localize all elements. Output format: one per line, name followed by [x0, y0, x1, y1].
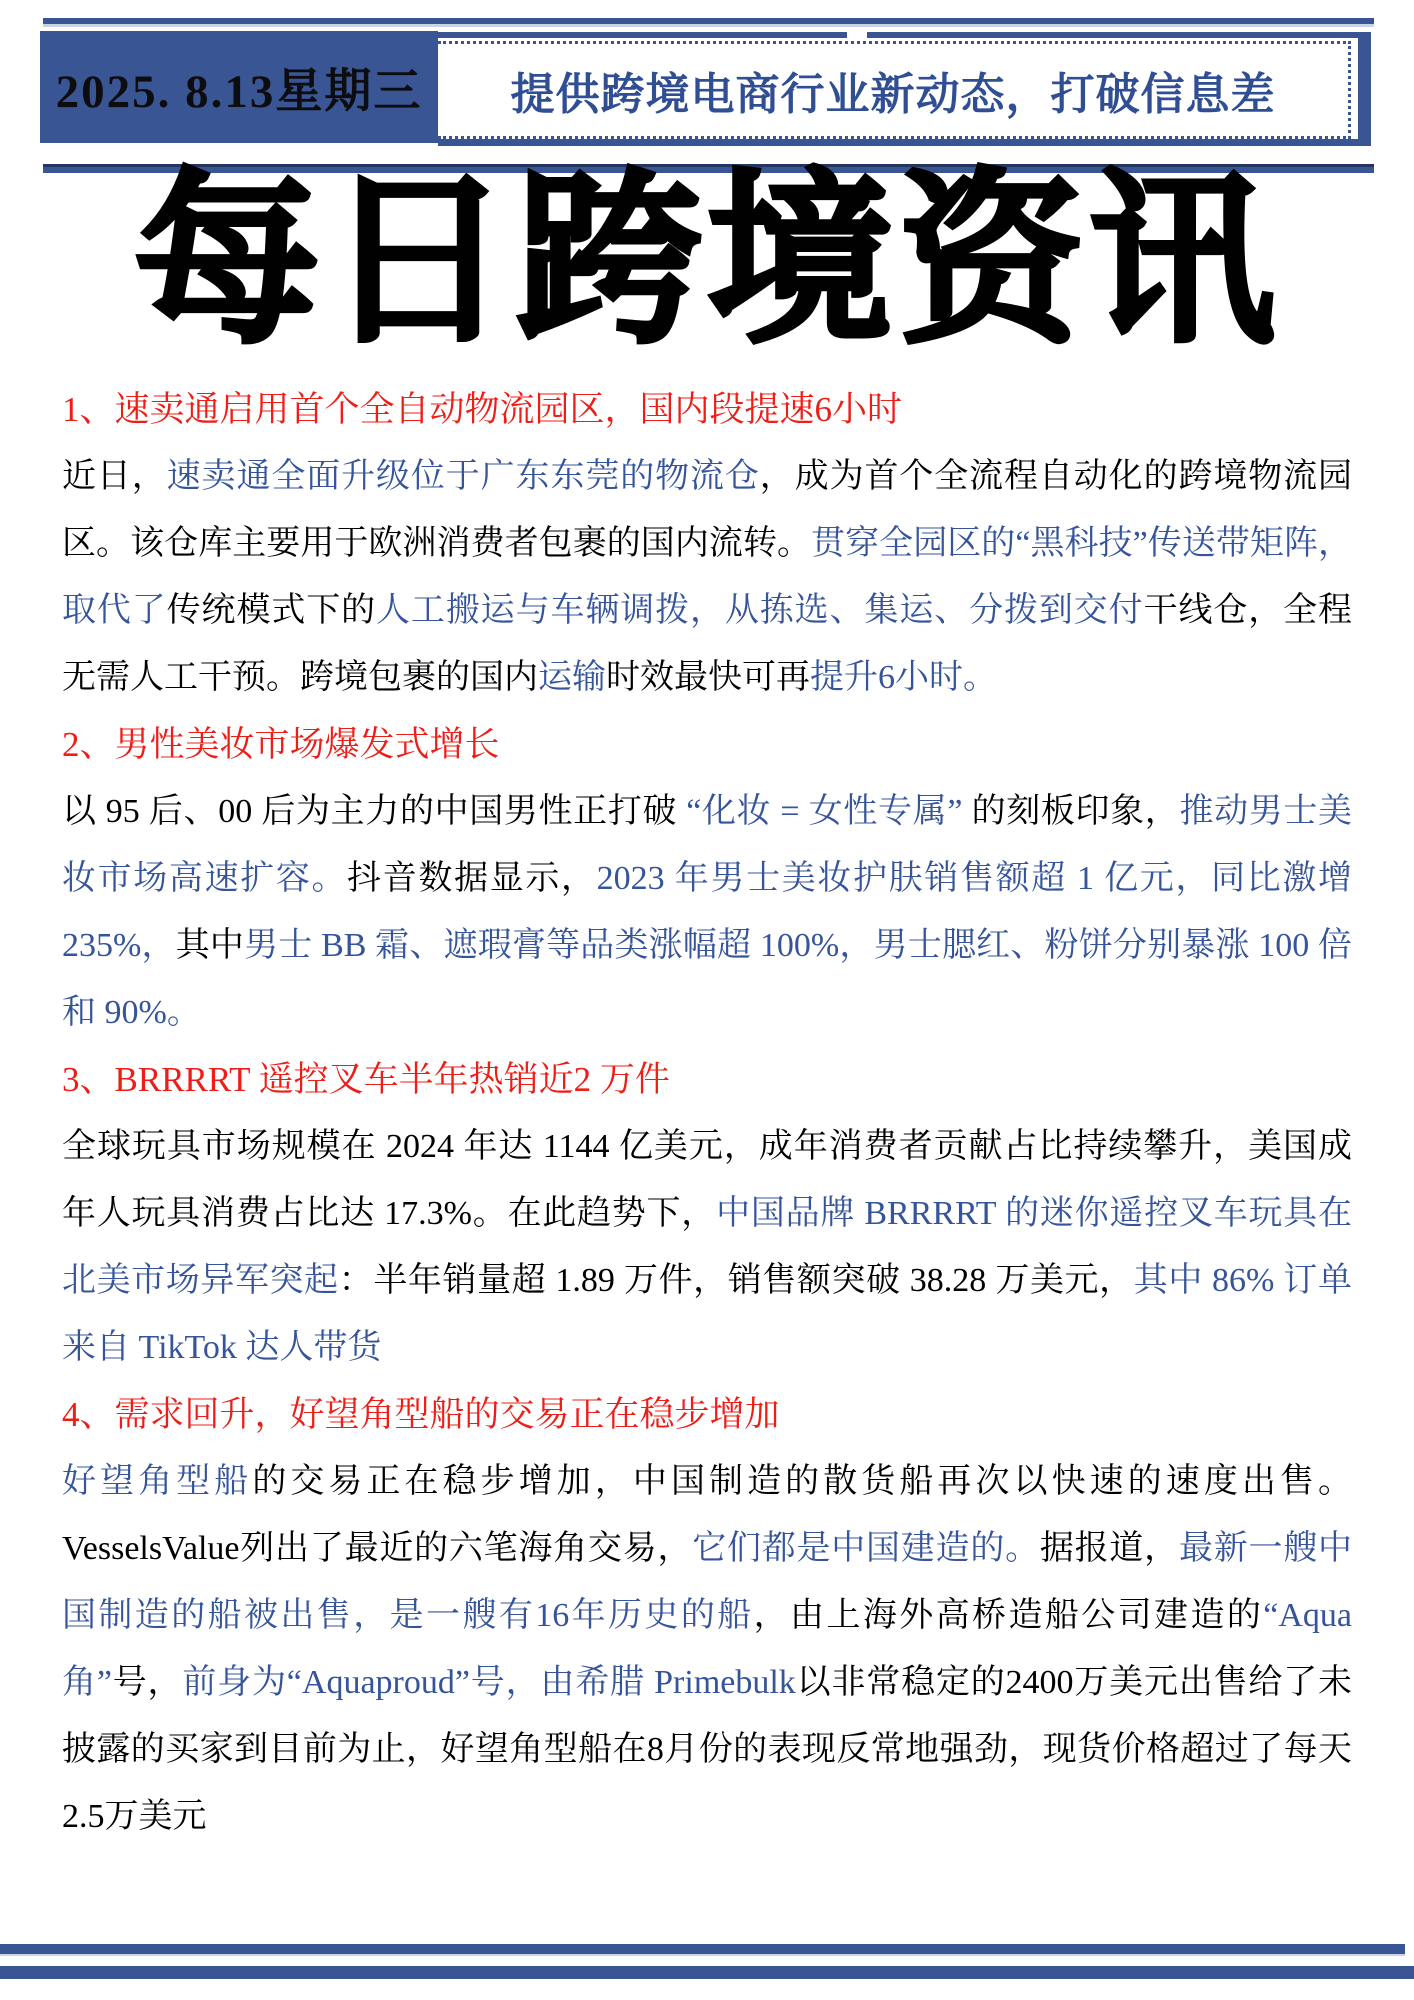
date-text: 2025. 8.13星期三: [56, 54, 423, 121]
top-border-line: [43, 18, 1374, 27]
plain-text: ，由上海外高桥造船公司建造的: [754, 1597, 1264, 1634]
header-vertical-bar: [1358, 32, 1371, 146]
plain-text: 号，: [112, 1664, 182, 1701]
highlighted-text: 它们都是中国建造的。: [692, 1530, 1040, 1567]
bottom-border-line-2: [0, 1966, 1414, 1979]
plain-text: ：半年销量超 1.89 万件，销售额突破 38.28 万美元，: [339, 1262, 1134, 1299]
news-heading: 1、速卖通启用首个全自动物流园区，国内段提速6小时: [62, 376, 1352, 443]
news-heading: 2、男性美妆市场爆发式增长: [62, 711, 1352, 778]
highlighted-text: 提升6小时。: [810, 659, 997, 696]
highlighted-text: 速卖通全面升级位于广东东莞的物流仓: [167, 458, 760, 495]
slogan-box: 提供跨境电商行业新动态，打破信息差: [438, 41, 1351, 139]
newsletter-page: 2025. 8.13星期三 提供跨境电商行业新动态，打破信息差 每日跨境资讯 1…: [0, 0, 1414, 2000]
slogan-text: 提供跨境电商行业新动态，打破信息差: [511, 58, 1276, 122]
bottom-border-line-1: [0, 1944, 1405, 1956]
plain-text: 其中: [176, 927, 244, 964]
header-bottom-bar: [438, 139, 1371, 146]
highlighted-text: 人工搬运与车辆调拨，从拣选、集运、分拨到交付: [376, 592, 1144, 629]
page-title: 每日跨境资讯: [0, 168, 1414, 358]
highlighted-text: 男士 BB 霜、遮瑕膏等品类涨幅超 100%，男士腮红、粉饼分别暴涨 100 倍…: [62, 927, 1352, 1031]
plain-text: 抖音数据显示，: [347, 860, 597, 897]
header-accent-line-left: [438, 32, 847, 38]
news-section: 3、BRRRRT 遥控叉车半年热销近2 万件全球玩具市场规模在 2024 年达 …: [62, 1046, 1352, 1381]
highlighted-text: 前身为“Aquaproud”号，由希腊 Primebulk: [182, 1664, 795, 1701]
date-box: 2025. 8.13星期三: [40, 31, 438, 143]
plain-text: 以 95 后、00 后为主力的中国男性正打破: [62, 793, 686, 830]
news-body: 全球玩具市场规模在 2024 年达 1144 亿美元，成年消费者贡献占比持续攀升…: [62, 1113, 1352, 1381]
plain-text: 的刻板印象，: [962, 793, 1179, 830]
news-list: 1、速卖通启用首个全自动物流园区，国内段提速6小时近日，速卖通全面升级位于广东东…: [62, 376, 1352, 1850]
news-section: 4、需求回升，好望角型船的交易正在稳步增加好望角型船的交易正在稳步增加，中国制造…: [62, 1381, 1352, 1850]
news-section: 1、速卖通启用首个全自动物流园区，国内段提速6小时近日，速卖通全面升级位于广东东…: [62, 376, 1352, 711]
news-body: 近日，速卖通全面升级位于广东东莞的物流仓，成为首个全流程自动化的跨境物流园区。该…: [62, 443, 1352, 711]
plain-text: 据报道，: [1040, 1530, 1179, 1567]
highlighted-text: 运输: [538, 659, 606, 696]
news-section: 2、男性美妆市场爆发式增长以 95 后、00 后为主力的中国男性正打破 “化妆 …: [62, 711, 1352, 1046]
highlighted-text: “化妆 = 女性专属”: [686, 793, 962, 830]
news-heading: 3、BRRRRT 遥控叉车半年热销近2 万件: [62, 1046, 1352, 1113]
highlighted-text: 好望角型船: [62, 1463, 252, 1500]
news-body: 好望角型船的交易正在稳步增加，中国制造的散货船再次以快速的速度出售。Vessel…: [62, 1448, 1352, 1850]
plain-text: 传统模式下的: [167, 592, 376, 629]
news-body: 以 95 后、00 后为主力的中国男性正打破 “化妆 = 女性专属” 的刻板印象…: [62, 778, 1352, 1046]
header-accent-line-right: [867, 32, 1371, 38]
plain-text: 近日，: [62, 458, 167, 495]
news-heading: 4、需求回升，好望角型船的交易正在稳步增加: [62, 1381, 1352, 1448]
plain-text: 时效最快可再: [606, 659, 810, 696]
